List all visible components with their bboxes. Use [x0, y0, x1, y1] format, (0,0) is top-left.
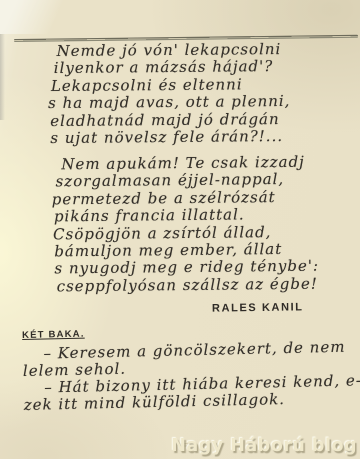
watermark-text: Nagy Háború blog: [171, 436, 357, 456]
author-signature: RALES KANIL: [212, 301, 304, 314]
scanned-manuscript-page: Nemde jó vón' lekapcsolni ilyenkor a máz…: [0, 0, 360, 459]
poem-stanza-2: Nem apukám! Te csak izzadj szorgalmasan …: [51, 154, 319, 296]
poem-line: s ujat növelsz fele árán?!...: [50, 128, 291, 148]
poem-stanza-1: Nemde jó vón' lekapcsolni ilyenkor a máz…: [48, 41, 291, 148]
dialogue-section: KÉT BAKA. – Keresem a göncölszekert, de …: [22, 322, 360, 414]
poem-line: cseppfolyósan szállsz az égbe!: [57, 275, 320, 295]
page-corner-highlight: [0, 0, 70, 34]
poem-line: ilyenkor a mázsás hájad'?: [54, 58, 291, 77]
